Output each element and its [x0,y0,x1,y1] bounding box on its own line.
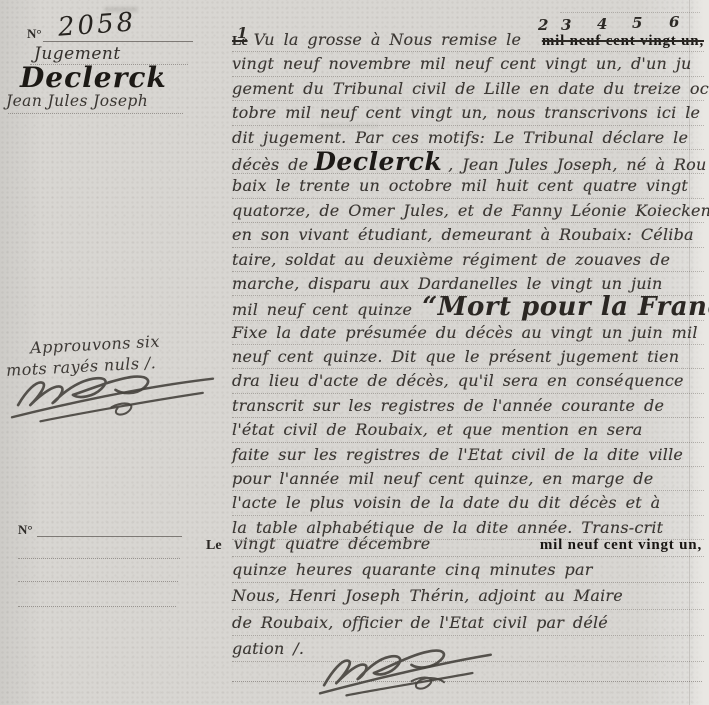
text-line: pour l'année mil neuf cent quinze, en ma… [232,467,704,491]
text-segment: Le [206,533,222,558]
ruled-line [18,606,176,607]
text-line: Levingt quatre décembremil neuf cent vin… [232,531,704,557]
text-segment: faite sur les registres de l'Etat civil … [232,443,683,466]
text-segment: quinze heures quarante cinq minutes par [232,557,593,582]
text-segment: Declerck [314,150,442,173]
ruled-line [18,581,178,582]
ruled-line [37,536,182,537]
act-number: 2058 [57,7,137,42]
text-line: dra lieu d'acte de décès, qu'il sera en … [232,369,704,393]
margin-signature [10,370,218,430]
text-segment: l'acte le plus voisin de la date du dit … [232,491,660,514]
deceased-given-names: Jean Jules Joseph [6,92,148,110]
text-segment: neuf cent quinze. Dit que le présent jug… [232,345,679,368]
text-segment: gement du Tribunal civil de Lille en dat… [232,77,709,100]
deceased-surname: Declerck [20,61,167,94]
judgment-transcription: LeVu la grosse à Nous remise lemil neuf … [232,28,704,540]
text-line: LeVu la grosse à Nous remise lemil neuf … [232,28,704,52]
officer-signature [318,643,506,699]
ruled-line [18,558,180,559]
ruled-line [8,113,183,114]
text-segment: Vu la grosse à Nous remise le [254,28,522,51]
text-line: neuf cent quinze. Dit que le présent jug… [232,345,704,369]
text-line: de Roubaix, officier de l'Etat civil par… [232,610,704,636]
text-line: quatorze, de Omer Jules, et de Fanny Léo… [232,199,704,223]
text-line: l'acte le plus voisin de la date du dit … [232,491,704,515]
text-line: l'état civil de Roubaix, et que mention … [232,418,704,442]
text-segment: dra lieu d'acte de décès, qu'il sera en … [232,369,684,392]
text-line: transcrit sur les registres de l'année c… [232,394,704,418]
text-segment: dit jugement. Par ces motifs: Le Tribuna… [232,126,688,149]
text-segment: vingt neuf novembre mil neuf cent vingt … [232,52,692,75]
text-line: Fixe la date présumée du décès au vingt … [232,321,704,345]
text-segment: pour l'année mil neuf cent quinze, en ma… [232,467,653,490]
text-segment: l'état civil de Roubaix, et que mention … [232,418,643,441]
text-segment: de Roubaix, officier de l'Etat civil par… [232,610,608,635]
civil-register-death-transcription-page: N° 2058 Jugement Declerck Jean Jules Jos… [0,0,709,705]
text-line: vingt neuf novembre mil neuf cent vingt … [232,52,704,76]
text-line: tobre mil neuf cent vingt un, nous trans… [232,101,704,125]
text-segment: Nous, Henri Joseph Thérin, adjoint au Ma… [232,583,623,608]
text-segment: mil neuf cent vingt un, [540,533,702,558]
text-segment: transcrit sur les registres de l'année c… [232,394,664,417]
text-segment: “Mort pour la France [422,296,709,319]
text-line: faite sur les registres de l'Etat civil … [232,443,704,467]
text-segment: en son vivant étudiant, demeurant à Roub… [232,223,694,246]
text-line: Nous, Henri Joseph Thérin, adjoint au Ma… [232,583,704,609]
text-segment: Fixe la date présumée du décès au vingt … [232,321,698,344]
text-line: baix le trente un octobre mil huit cent … [232,174,704,198]
text-line: décès deDeclerck, Jean Jules Joseph, né … [232,150,704,174]
text-line: taire, soldat au deuxième régiment de zo… [232,248,704,272]
text-segment: mil neuf cent quinze [232,298,412,321]
text-line: dit jugement. Par ces motifs: Le Tribuna… [232,126,704,150]
act-number-label-2: N° [18,522,33,538]
text-line: mil neuf cent quinze“Mort pour la France [232,296,704,320]
act-number-label: N° [27,26,42,42]
text-segment: tobre mil neuf cent vingt un, nous trans… [232,101,700,124]
text-segment: baix le trente un octobre mil huit cent … [232,174,688,197]
text-line: quinze heures quarante cinq minutes par [232,557,704,583]
text-segment: décès de [232,153,308,176]
text-segment: Le [232,30,248,53]
text-line: gement du Tribunal civil de Lille en dat… [232,77,704,101]
text-segment: quatorze, de Omer Jules, et de Fanny Léo… [232,199,709,222]
text-segment: taire, soldat au deuxième régiment de zo… [232,248,670,271]
text-segment: mil neuf cent vingt un, [542,30,704,53]
text-segment: vingt quatre décembre [234,531,431,556]
text-line: en son vivant étudiant, demeurant à Roub… [232,223,704,247]
text-segment: , Jean Jules Joseph, né à Rou [448,153,706,176]
text-segment: gation /. [232,636,304,661]
